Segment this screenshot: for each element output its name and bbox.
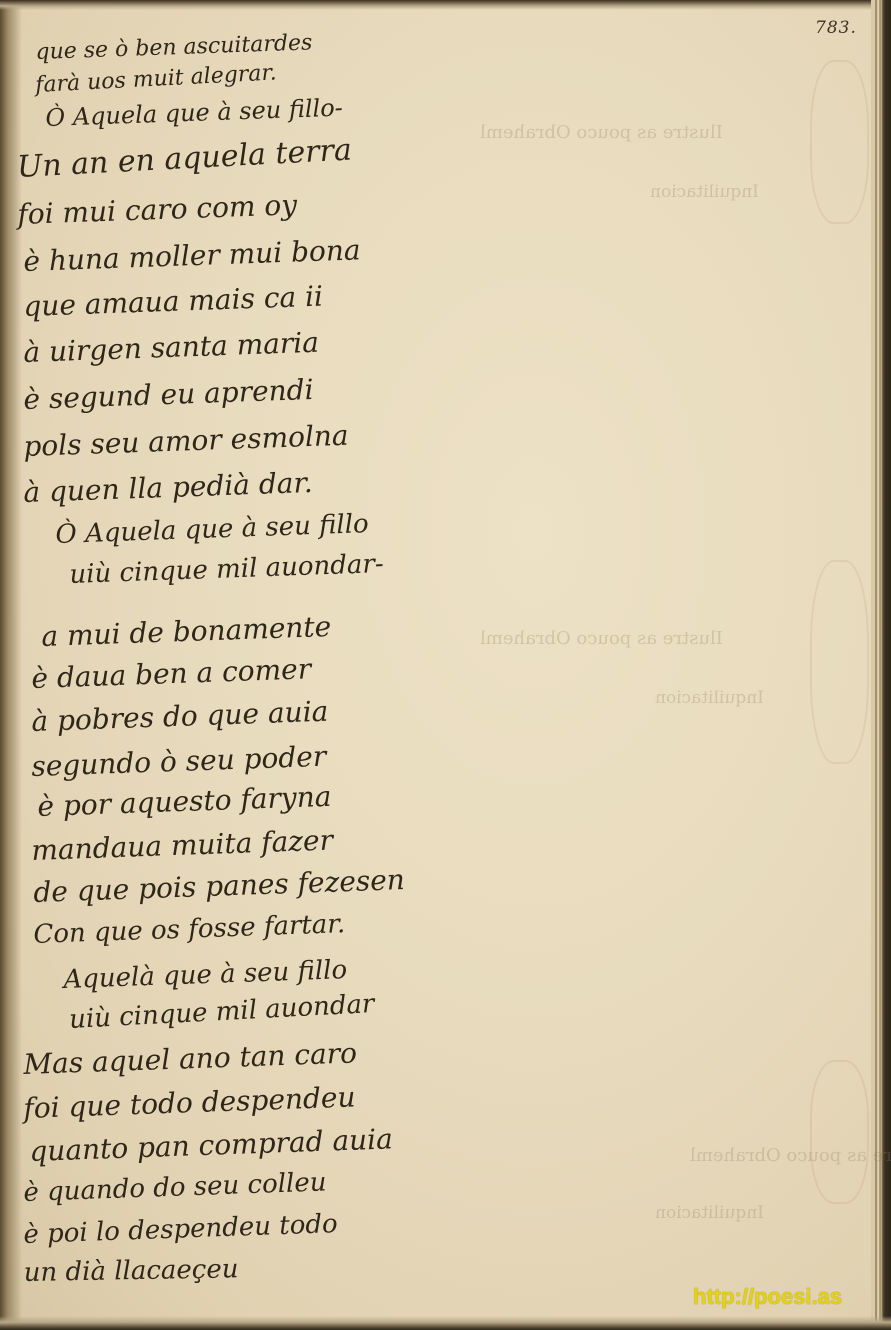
- site-watermark-link[interactable]: http://poesi.as: [693, 1284, 842, 1310]
- manuscript-line: à uirgen santa maria: [23, 326, 320, 369]
- manuscript-line: que amaua mais ca ii: [23, 280, 324, 323]
- bleed-ornament: [810, 60, 869, 224]
- manuscript-line: è quando do seu colleu: [23, 1167, 327, 1208]
- manuscript-line: à quen lla pedià dar.: [23, 466, 313, 509]
- manuscript-line: è poi lo despendeu todo: [23, 1209, 338, 1250]
- bleed-through-text: Ilustre as pouco Obraheml: [480, 122, 723, 143]
- manuscript-line: pols seu amor esmolna: [23, 419, 349, 463]
- manuscript-line: Aquelà que à seu fillo: [63, 955, 348, 995]
- manuscript-line: de que pois panes fezesen: [33, 863, 405, 909]
- manuscript-line: segundo ò seu poder: [31, 740, 327, 783]
- manuscript-line: a mui de bonamente: [41, 610, 332, 653]
- manuscript-line: uiù cinque mil auondar-: [69, 549, 384, 590]
- manuscript-line: Ò Aquela que à seu fillo: [55, 509, 369, 550]
- manuscript-line: foi mui caro com oy: [17, 188, 298, 231]
- page-number: 783.: [815, 18, 857, 38]
- bleed-ornament: [810, 1060, 869, 1204]
- manuscript-line: Un an en aquela terra: [16, 133, 352, 185]
- manuscript-line: Con que os fosse fartar.: [33, 909, 346, 950]
- manuscript-line: è segund eu aprendi: [23, 373, 314, 416]
- manuscript-line: Ò Aquela que à seu fillo-: [45, 94, 343, 132]
- manuscript-line: è huna moller mui bona: [23, 233, 361, 278]
- manuscript-line: quanto pan comprad auia: [29, 1122, 393, 1168]
- manuscript-line: mandaua muita fazer: [31, 823, 334, 867]
- manuscript-page: Ilustre as pouco Obraheml Inquilitacion …: [0, 0, 891, 1330]
- manuscript-line: uiù cinque mil auondar: [68, 989, 375, 1035]
- bleed-through-text: Inquilitacion: [655, 1203, 764, 1223]
- manuscript-line: è daua ben a comer: [31, 652, 312, 695]
- manuscript-line: à pobres do que auia: [31, 695, 329, 738]
- manuscript-line: foi que todo despendeu: [23, 1080, 356, 1125]
- bleed-through-text: Inquilitacion: [650, 182, 759, 202]
- page-stack-edges: [871, 0, 891, 1330]
- manuscript-line: Mas aquel ano tan caro: [23, 1036, 358, 1081]
- manuscript-line: è por aquesto faryna: [37, 780, 332, 823]
- bleed-through-text: Inquilitacion: [655, 688, 764, 708]
- page-bottom-edge: [0, 1316, 891, 1330]
- page-top-edge: [0, 0, 891, 10]
- manuscript-line: farà uos muit alegrar.: [35, 60, 277, 98]
- bleed-ornament: [810, 560, 869, 764]
- manuscript-line: un dià llacaeçeu: [23, 1254, 238, 1288]
- bleed-through-text: Ilustre as pouco Obraheml: [480, 628, 723, 649]
- bleed-through-text: Ilustre as pouco Obraheml: [690, 1145, 891, 1166]
